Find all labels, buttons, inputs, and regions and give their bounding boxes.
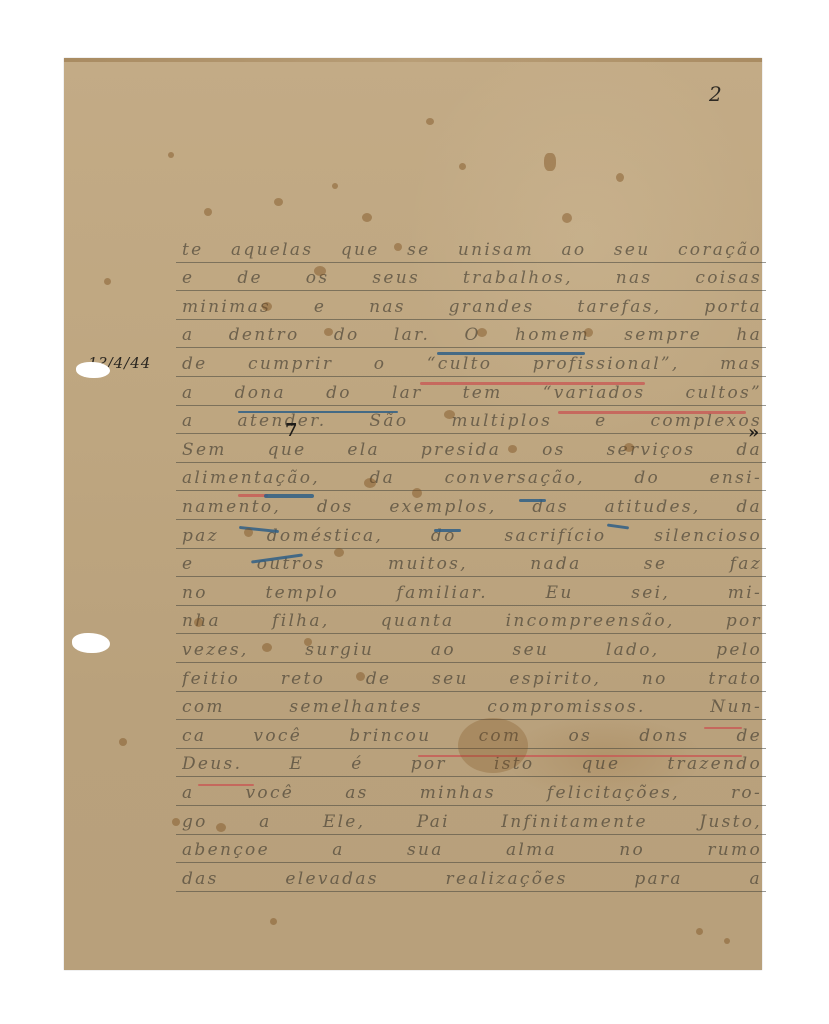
blue-underline-alimentacao [264,494,314,498]
red-underline-variados-cultos [558,411,746,414]
text-line: nha filha, quanta incompreensão, por [182,611,762,637]
stain [562,213,572,223]
stain [724,938,730,944]
stain [332,183,338,189]
stain [216,823,226,832]
stain [244,528,253,537]
stain [444,410,455,419]
letter-page: 2 te aquelas que se unisam ao seu coraçã… [64,58,762,970]
stain [262,643,272,652]
paper-hole [72,633,110,653]
text-line: go a Ele, Pai Infinitamente Justo, [182,812,762,838]
text-line: namento, dos exemplos, das atitudes, da [182,497,762,523]
stain [304,638,312,646]
text-line: Sem que ela presida os serviços da [182,440,762,466]
text-line: abençoe a sua alma no rumo [182,840,762,866]
text-line: a dentro do lar. O homem sempre ha [182,325,762,351]
large-stain [458,718,528,773]
red-underline-nun [704,727,742,729]
stain [334,548,344,557]
stain [168,152,174,158]
text-line: de cumprir o “culto profissional”, mas [182,354,762,380]
text-line: alimentação, da conversação, do ensi- [182,468,762,494]
text-line: te aquelas que se unisam ao seu coração [182,240,762,266]
blue-underline-do [434,529,461,532]
stain [426,118,434,125]
stain [584,328,593,337]
stain [364,478,376,488]
red-underline-deus [198,784,254,786]
stain [314,266,326,276]
close-quote-mark: » [748,422,759,443]
red-underline-culto-profissional [420,382,645,385]
stain [270,918,277,925]
stain [412,488,422,498]
stain [356,672,365,681]
stain [477,328,487,337]
stain [262,302,272,311]
text-line: com semelhantes compromissos. Nun- [182,697,762,723]
blue-underline-conversacao [519,499,546,502]
stain [104,278,111,285]
text-line: a dona do lar tem “variados cultos” [182,383,762,409]
text-line: feitio reto de seu espirito, no trato [182,669,762,695]
stain [194,618,203,627]
stain [119,738,127,746]
text-line: a você as minhas felicitações, ro- [182,783,762,809]
stain [544,153,556,171]
stain [172,818,180,826]
stain [274,198,283,206]
text-line: das elevadas realizações para a [182,869,762,895]
stain [362,213,372,222]
text-line: e de os seus trabalhos, nas coisas [182,268,762,294]
stain [204,208,212,216]
seven-mark: 7 [285,420,298,441]
paper-top-edge [64,58,762,62]
text-line: a atender. São multiplos e complexos [182,411,762,437]
text-line: no templo familiar. Eu sei, mi- [182,583,762,609]
stain [624,443,634,452]
page-number: 2 [709,82,722,106]
stain [459,163,466,170]
stain [324,328,333,336]
blue-underline-dona-do-lar [238,411,398,413]
paper-hole [76,362,110,378]
stain [696,928,703,935]
stain [616,173,624,182]
stain [394,243,402,251]
blue-underline-o-homem [437,352,585,355]
stain [508,445,517,453]
